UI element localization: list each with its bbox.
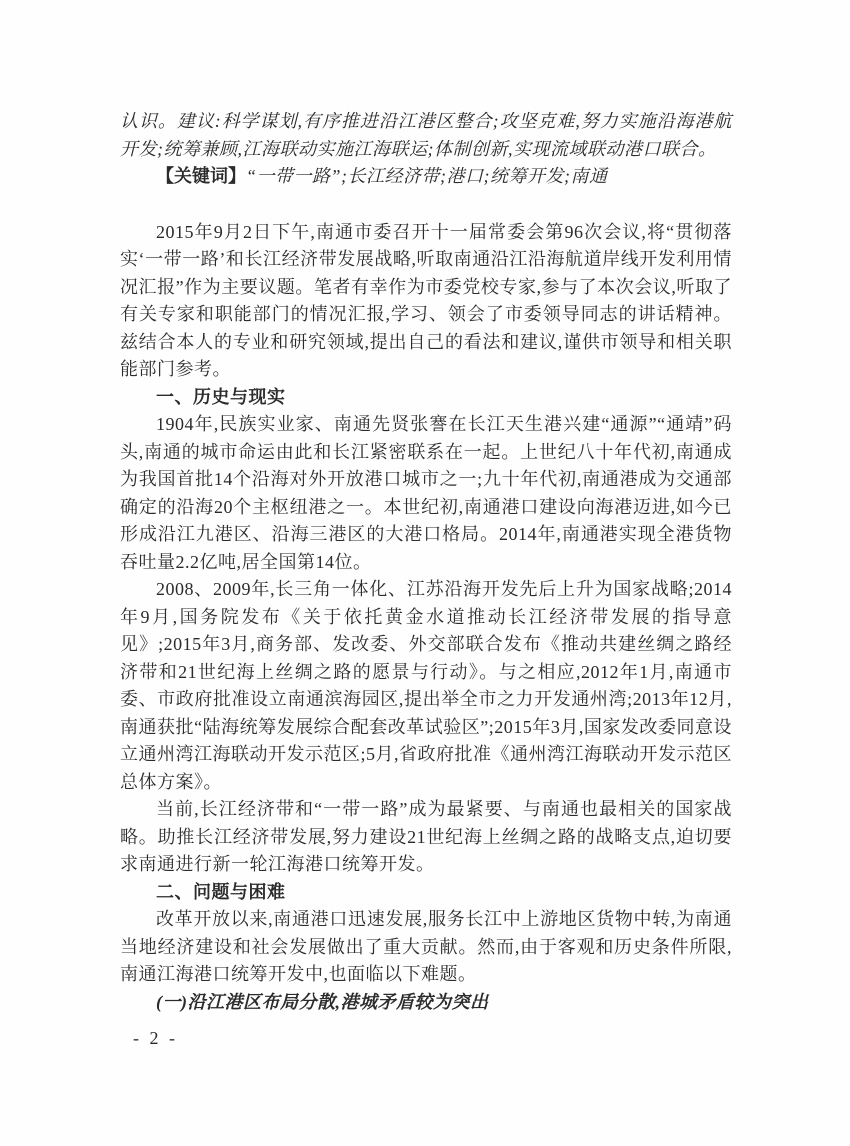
- paragraph-strategies: 2008、2009年,长三角一体化、江苏沿海开发先后上升为国家战略;2014年9…: [120, 576, 732, 796]
- document-page: 认识。建议:科学谋划,有序推进沿江港区整合;攻坚克难,努力实施沿海港航开发;统筹…: [0, 0, 850, 1146]
- paragraph-intro: 2015年9月2日下午,南通市委召开十一届常委会第96次会议,将“贯彻落实‘一带…: [120, 219, 732, 384]
- paragraph-problems: 改革开放以来,南通港口迅速发展,服务长江中上游地区货物中转,为南通当地经济建设和…: [120, 906, 732, 989]
- paragraph-current: 当前,长江经济带和“一带一路”成为最紧要、与南通也最相关的国家战略。助推长江经济…: [120, 796, 732, 879]
- abstract-continuation: 认识。建议:科学谋划,有序推进沿江港区整合;攻坚克难,努力实施沿海港航开发;统筹…: [120, 108, 732, 163]
- document-text-block: 认识。建议:科学谋划,有序推进沿江港区整合;攻坚克难,努力实施沿海港航开发;统筹…: [120, 108, 732, 1016]
- keywords-label: 【关键词】: [156, 166, 246, 186]
- section-heading-2: 二、问题与困难: [120, 879, 732, 907]
- paragraph-history: 1904年,民族实业家、南通先贤张謇在长江天生港兴建“通源”“通靖”码头,南通的…: [120, 411, 732, 576]
- page-number: - 2 -: [133, 1028, 178, 1049]
- keywords-line: 【关键词】“一带一路”;长江经济带;港口;统筹开发;南通: [120, 163, 732, 191]
- subsection-heading-1: (一)沿江港区布局分散,港城矛盾较为突出: [120, 989, 732, 1017]
- keywords-text: “一带一路”;长江经济带;港口;统筹开发;南通: [246, 166, 608, 186]
- section-heading-1: 一、历史与现实: [120, 384, 732, 412]
